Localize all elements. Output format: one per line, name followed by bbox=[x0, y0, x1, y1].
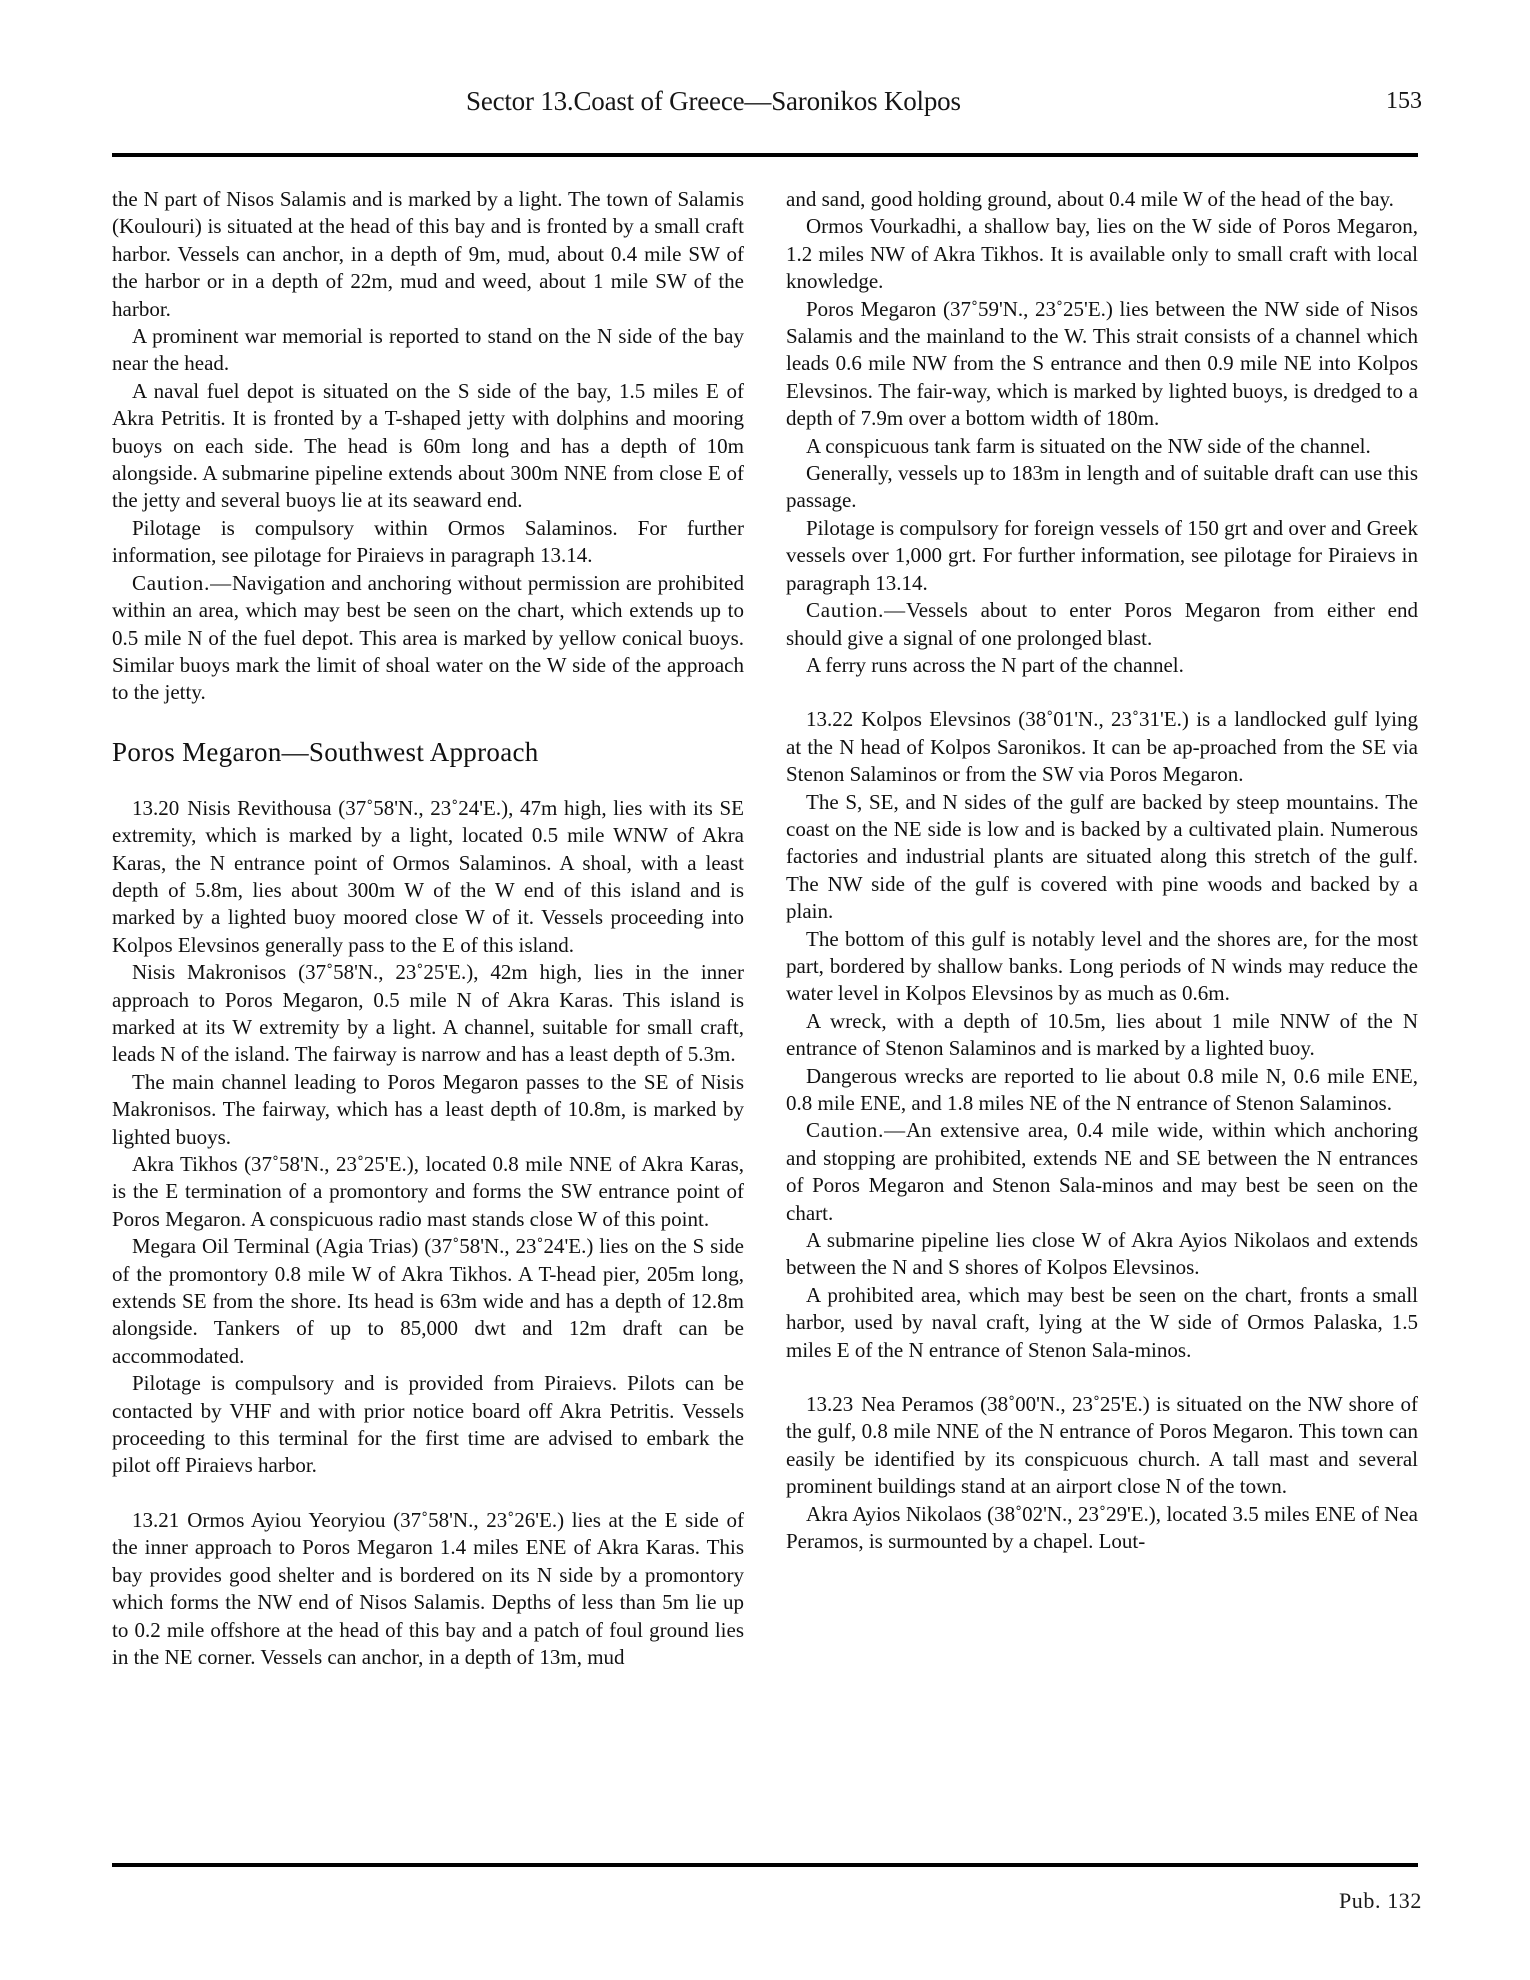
paragraph-number: 13.23 bbox=[806, 1392, 853, 1416]
caution-paragraph: Caution.—Vessels about to enter Poros Me… bbox=[786, 597, 1418, 652]
page-number: 153 bbox=[1386, 88, 1422, 115]
paragraph: and sand, good holding ground, about 0.4… bbox=[786, 186, 1418, 213]
paragraph: Nisis Makronisos (37˚58'N., 23˚25'E.), 4… bbox=[112, 959, 744, 1069]
paragraph: the N part of Nisos Salamis and is marke… bbox=[112, 186, 744, 323]
numbered-paragraph: 13.22Kolpos Elevsinos (38˚01'N., 23˚31'E… bbox=[786, 706, 1418, 788]
publication-label: Pub. 132 bbox=[1339, 1888, 1422, 1914]
header-rule bbox=[112, 153, 1418, 157]
caution-paragraph: Caution.—Navigation and anchoring withou… bbox=[112, 570, 744, 707]
paragraph-number: 13.22 bbox=[806, 707, 853, 731]
caution-label: Caution.— bbox=[806, 1118, 906, 1142]
paragraph: Akra Tikhos (37˚58'N., 23˚25'E.), locate… bbox=[112, 1151, 744, 1233]
caution-paragraph: Caution.—An extensive area, 0.4 mile wid… bbox=[786, 1117, 1418, 1227]
paragraph-number: 13.21 bbox=[132, 1508, 179, 1532]
paragraph-text: Kolpos Elevsinos (38˚01'N., 23˚31'E.) is… bbox=[786, 707, 1418, 786]
paragraph-number: 13.20 bbox=[132, 796, 179, 820]
paragraph: A submarine pipeline lies close W of Akr… bbox=[786, 1227, 1418, 1282]
running-header-title: Sector 13.Coast of Greece—Saronikos Kolp… bbox=[466, 86, 961, 117]
paragraph: A wreck, with a depth of 10.5m, lies abo… bbox=[786, 1008, 1418, 1063]
paragraph: Pilotage is compulsory within Ormos Sala… bbox=[112, 515, 744, 570]
paragraph: Poros Megaron (37˚59'N., 23˚25'E.) lies … bbox=[786, 296, 1418, 433]
paragraph: The S, SE, and N sides of the gulf are b… bbox=[786, 789, 1418, 926]
paragraph: A prominent war memorial is reported to … bbox=[112, 323, 744, 378]
paragraph: A ferry runs across the N part of the ch… bbox=[786, 652, 1418, 679]
numbered-paragraph: 13.21Ormos Ayiou Yeoryiou (37˚58'N., 23˚… bbox=[112, 1507, 744, 1671]
paragraph: Megara Oil Terminal (Agia Trias) (37˚58'… bbox=[112, 1233, 744, 1370]
section-heading: Poros Megaron—Southwest Approach bbox=[112, 737, 744, 767]
paragraph: A conspicuous tank farm is situated on t… bbox=[786, 433, 1418, 460]
paragraph-text: Ormos Ayiou Yeoryiou (37˚58'N., 23˚26'E.… bbox=[112, 1508, 744, 1669]
right-column: and sand, good holding ground, about 0.4… bbox=[786, 186, 1418, 1556]
numbered-paragraph: 13.20Nisis Revithousa (37˚58'N., 23˚24'E… bbox=[112, 795, 744, 959]
paragraph: Pilotage is compulsory and is provided f… bbox=[112, 1370, 744, 1480]
paragraph: A naval fuel depot is situated on the S … bbox=[112, 378, 744, 515]
paragraph-text: Nisis Revithousa (37˚58'N., 23˚24'E.), 4… bbox=[112, 796, 744, 957]
paragraph-text: Nea Peramos (38˚00'N., 23˚25'E.) is situ… bbox=[786, 1392, 1418, 1498]
paragraph: A prohibited area, which may best be see… bbox=[786, 1282, 1418, 1364]
caution-label: Caution.— bbox=[132, 571, 232, 595]
caution-label: Caution.— bbox=[806, 598, 906, 622]
paragraph: The main channel leading to Poros Megaro… bbox=[112, 1069, 744, 1151]
paragraph: Dangerous wrecks are reported to lie abo… bbox=[786, 1063, 1418, 1118]
numbered-paragraph: 13.23Nea Peramos (38˚00'N., 23˚25'E.) is… bbox=[786, 1391, 1418, 1501]
paragraph: The bottom of this gulf is notably level… bbox=[786, 926, 1418, 1008]
paragraph: Akra Ayios Nikolaos (38˚02'N., 23˚29'E.)… bbox=[786, 1501, 1418, 1556]
paragraph: Generally, vessels up to 183m in length … bbox=[786, 460, 1418, 515]
paragraph: Pilotage is compulsory for foreign vesse… bbox=[786, 515, 1418, 597]
paragraph: Ormos Vourkadhi, a shallow bay, lies on … bbox=[786, 213, 1418, 295]
footer-rule bbox=[112, 1863, 1418, 1867]
left-column: the N part of Nisos Salamis and is marke… bbox=[112, 186, 744, 1671]
